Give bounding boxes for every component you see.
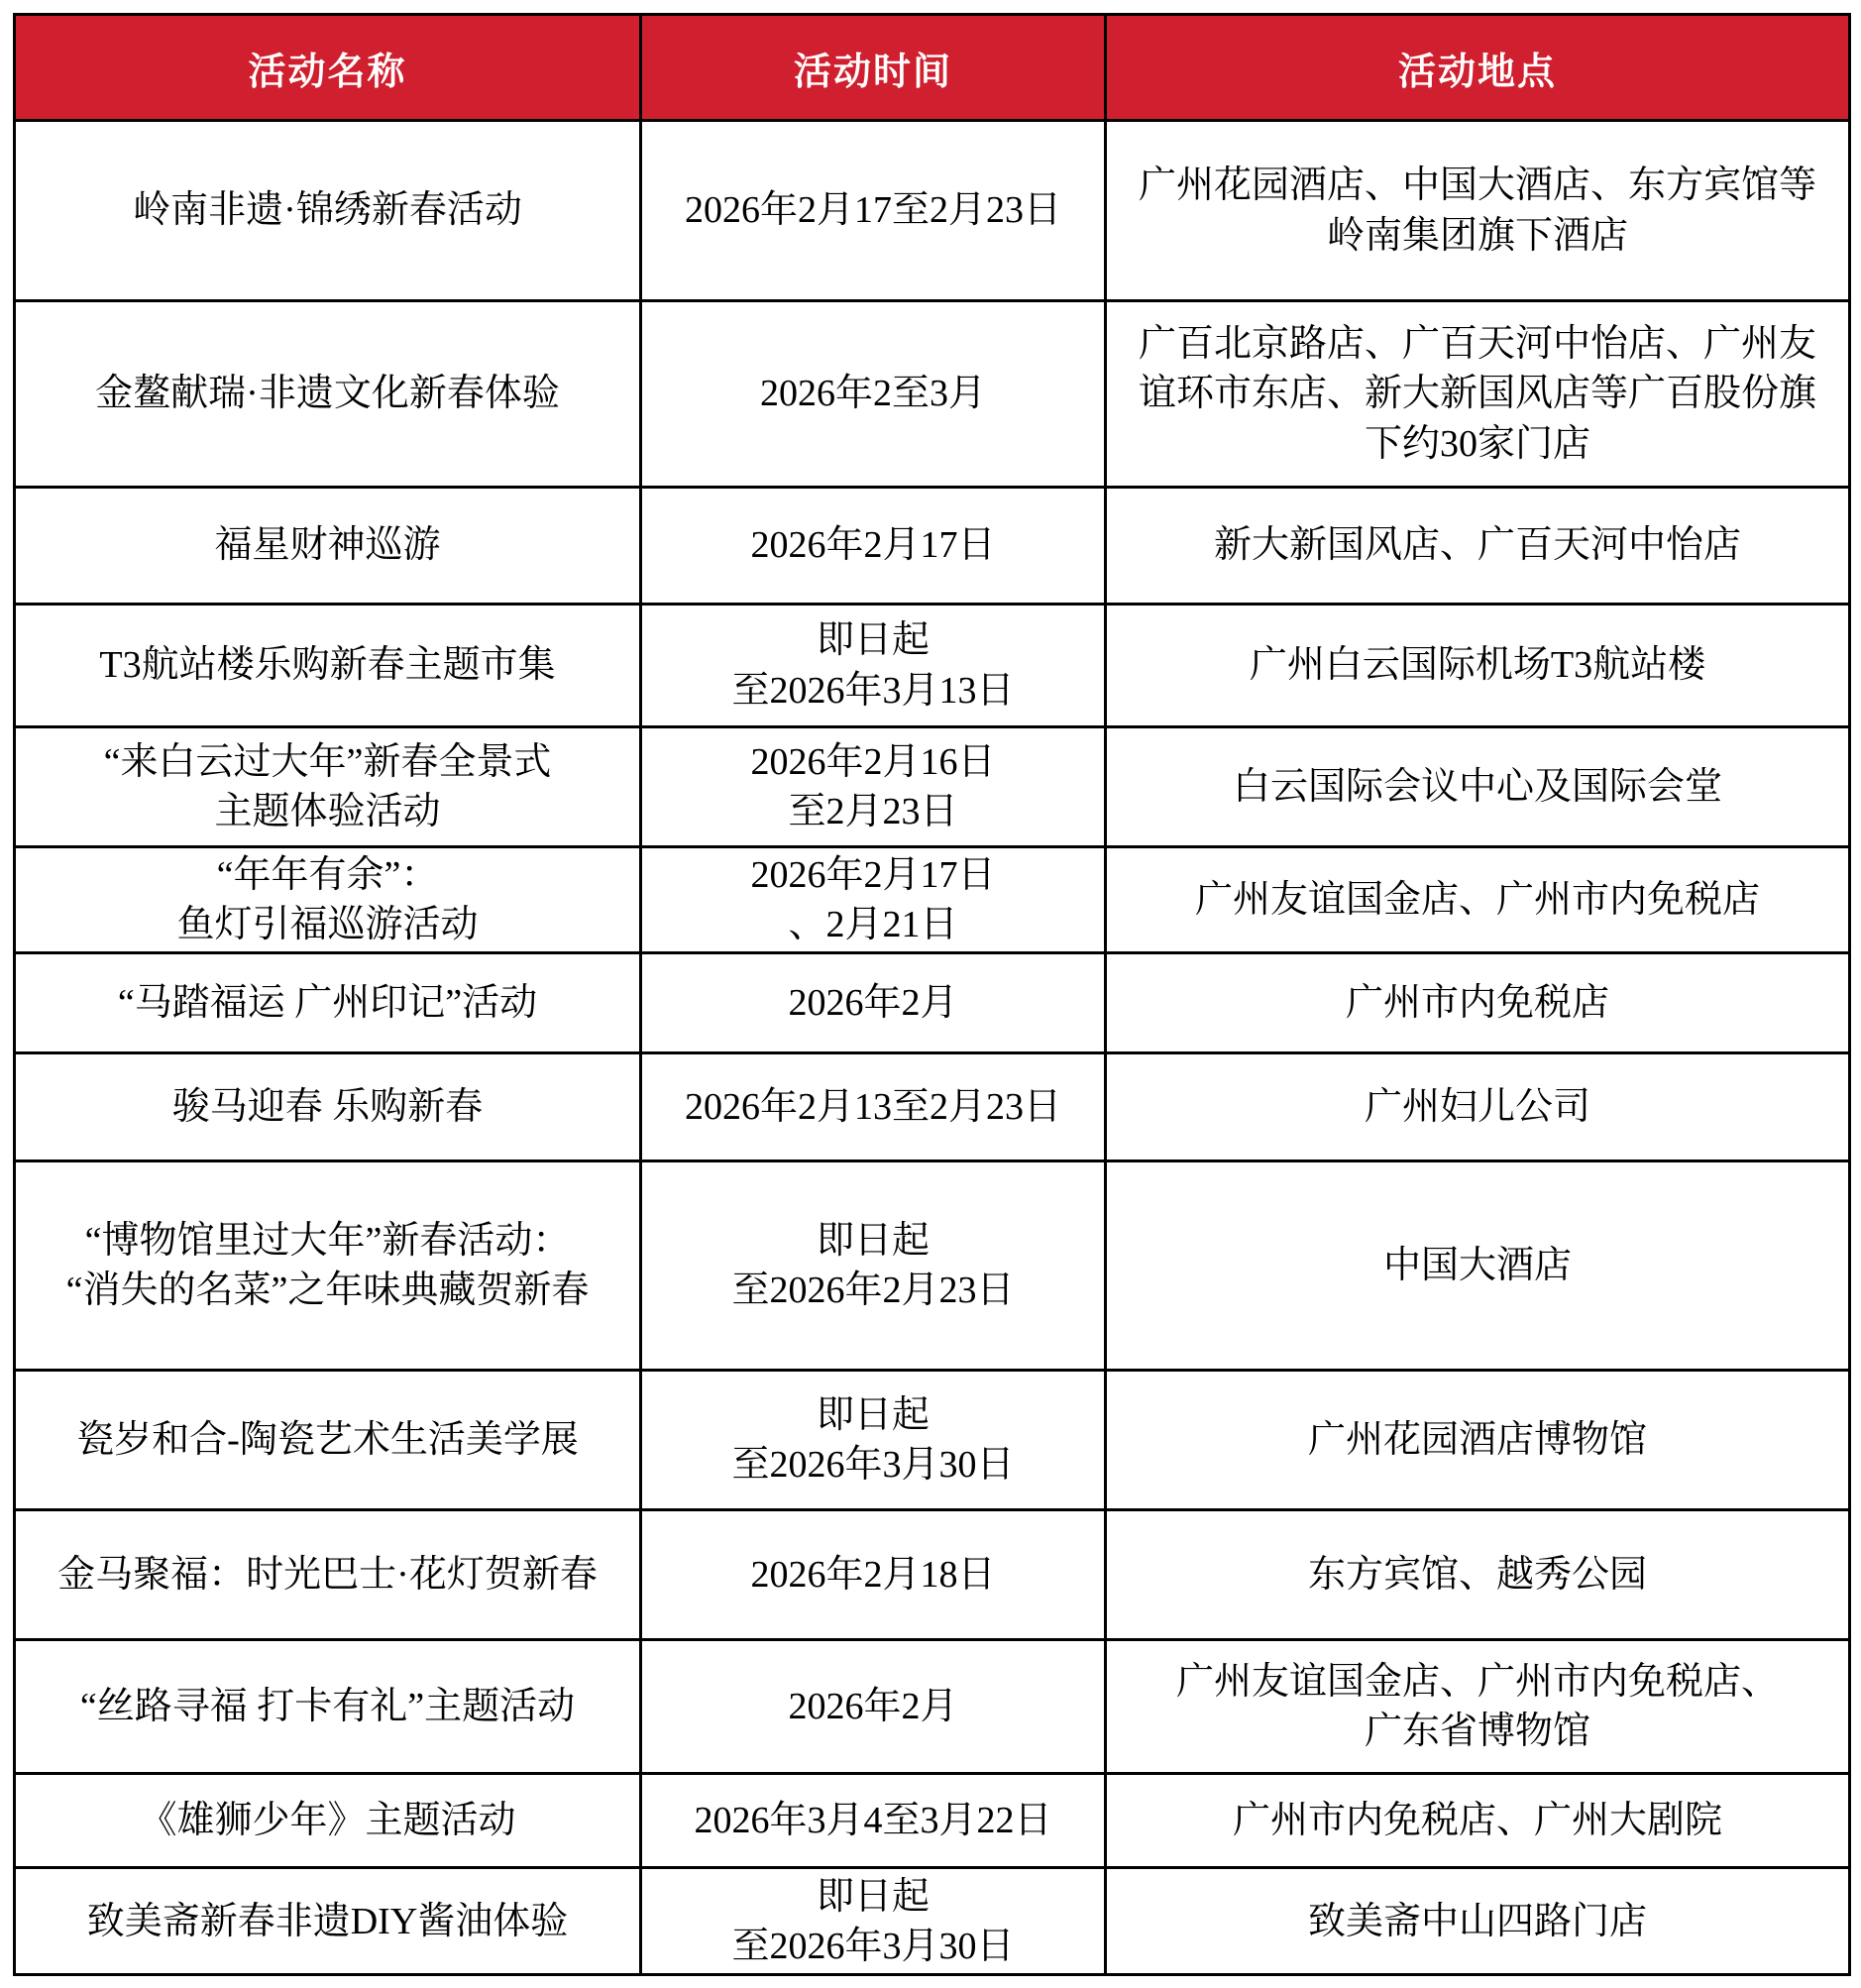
cell-activity-name: “年年有余”： 鱼灯引福巡游活动	[15, 847, 641, 953]
cell-activity-time: 2026年2月	[641, 1640, 1106, 1774]
cell-activity-location: 广州友谊国金店、广州市内免税店	[1106, 847, 1850, 953]
cell-activity-name: “马踏福运 广州印记”活动	[15, 953, 641, 1053]
cell-activity-time: 即日起 至2026年3月13日	[641, 605, 1106, 727]
header-activity-location: 活动地点	[1106, 15, 1850, 121]
table-row: “来白云过大年”新春全景式 主题体验活动2026年2月16日 至2月23日白云国…	[15, 727, 1850, 847]
cell-activity-location: 广州花园酒店、中国大酒店、东方宾馆等 岭南集团旗下酒店	[1106, 121, 1850, 301]
cell-activity-location: 广州市内免税店	[1106, 953, 1850, 1053]
cell-activity-time: 2026年3月4至3月22日	[641, 1774, 1106, 1868]
cell-activity-time: 2026年2月	[641, 953, 1106, 1053]
cell-activity-name: 《雄狮少年》主题活动	[15, 1774, 641, 1868]
cell-activity-name: “博物馆里过大年”新春活动： “消失的名菜”之年味典藏贺新春	[15, 1161, 641, 1371]
cell-activity-location: 致美斋中山四路门店	[1106, 1868, 1850, 1975]
cell-activity-location: 广州妇儿公司	[1106, 1053, 1850, 1161]
cell-activity-name: 瓷岁和合-陶瓷艺术生活美学展	[15, 1371, 641, 1510]
header-activity-name: 活动名称	[15, 15, 641, 121]
header-row: 活动名称 活动时间 活动地点	[15, 15, 1850, 121]
cell-activity-location: 东方宾馆、越秀公园	[1106, 1510, 1850, 1640]
table-row: T3航站楼乐购新春主题市集即日起 至2026年3月13日广州白云国际机场T3航站…	[15, 605, 1850, 727]
cell-activity-location: 白云国际会议中心及国际会堂	[1106, 727, 1850, 847]
header-activity-time: 活动时间	[641, 15, 1106, 121]
cell-activity-time: 2026年2月17日 、2月21日	[641, 847, 1106, 953]
table-row: “博物馆里过大年”新春活动： “消失的名菜”之年味典藏贺新春即日起 至2026年…	[15, 1161, 1850, 1371]
cell-activity-name: 岭南非遗·锦绣新春活动	[15, 121, 641, 301]
cell-activity-name: T3航站楼乐购新春主题市集	[15, 605, 641, 727]
table-row: 金鳌献瑞·非遗文化新春体验2026年2至3月广百北京路店、广百天河中怡店、广州友…	[15, 301, 1850, 488]
table-row: 岭南非遗·锦绣新春活动2026年2月17至2月23日广州花园酒店、中国大酒店、东…	[15, 121, 1850, 301]
cell-activity-name: “丝路寻福 打卡有礼”主题活动	[15, 1640, 641, 1774]
cell-activity-location: 广州友谊国金店、广州市内免税店、 广东省博物馆	[1106, 1640, 1850, 1774]
cell-activity-time: 即日起 至2026年3月30日	[641, 1371, 1106, 1510]
cell-activity-time: 2026年2月18日	[641, 1510, 1106, 1640]
table-body: 岭南非遗·锦绣新春活动2026年2月17至2月23日广州花园酒店、中国大酒店、东…	[15, 121, 1850, 1975]
cell-activity-time: 2026年2月16日 至2月23日	[641, 727, 1106, 847]
cell-activity-name: 致美斋新春非遗DIY酱油体验	[15, 1868, 641, 1975]
cell-activity-time: 2026年2月17至2月23日	[641, 121, 1106, 301]
event-table: 活动名称 活动时间 活动地点 岭南非遗·锦绣新春活动2026年2月17至2月23…	[13, 13, 1851, 1976]
table-row: 福星财神巡游2026年2月17日新大新国风店、广百天河中怡店	[15, 488, 1850, 605]
cell-activity-name: 骏马迎春 乐购新春	[15, 1053, 641, 1161]
cell-activity-location: 广州市内免税店、广州大剧院	[1106, 1774, 1850, 1868]
cell-activity-time: 即日起 至2026年2月23日	[641, 1161, 1106, 1371]
cell-activity-name: “来白云过大年”新春全景式 主题体验活动	[15, 727, 641, 847]
cell-activity-name: 金马聚福：时光巴士·花灯贺新春	[15, 1510, 641, 1640]
table-row: 瓷岁和合-陶瓷艺术生活美学展即日起 至2026年3月30日广州花园酒店博物馆	[15, 1371, 1850, 1510]
table-row: 《雄狮少年》主题活动2026年3月4至3月22日广州市内免税店、广州大剧院	[15, 1774, 1850, 1868]
cell-activity-location: 新大新国风店、广百天河中怡店	[1106, 488, 1850, 605]
table-row: 致美斋新春非遗DIY酱油体验即日起 至2026年3月30日致美斋中山四路门店	[15, 1868, 1850, 1975]
cell-activity-location: 广百北京路店、广百天河中怡店、广州友 谊环市东店、新大新国风店等广百股份旗 下约…	[1106, 301, 1850, 488]
cell-activity-time: 即日起 至2026年3月30日	[641, 1868, 1106, 1975]
event-schedule-page: 活动名称 活动时间 活动地点 岭南非遗·锦绣新春活动2026年2月17至2月23…	[0, 0, 1861, 1988]
cell-activity-location: 广州花园酒店博物馆	[1106, 1371, 1850, 1510]
cell-activity-time: 2026年2月13至2月23日	[641, 1053, 1106, 1161]
table-row: “年年有余”： 鱼灯引福巡游活动2026年2月17日 、2月21日广州友谊国金店…	[15, 847, 1850, 953]
cell-activity-name: 金鳌献瑞·非遗文化新春体验	[15, 301, 641, 488]
table-row: “丝路寻福 打卡有礼”主题活动2026年2月广州友谊国金店、广州市内免税店、 广…	[15, 1640, 1850, 1774]
table-row: “马踏福运 广州印记”活动2026年2月广州市内免税店	[15, 953, 1850, 1053]
table-row: 骏马迎春 乐购新春2026年2月13至2月23日广州妇儿公司	[15, 1053, 1850, 1161]
table-row: 金马聚福：时光巴士·花灯贺新春2026年2月18日东方宾馆、越秀公园	[15, 1510, 1850, 1640]
cell-activity-location: 广州白云国际机场T3航站楼	[1106, 605, 1850, 727]
cell-activity-time: 2026年2月17日	[641, 488, 1106, 605]
cell-activity-location: 中国大酒店	[1106, 1161, 1850, 1371]
cell-activity-time: 2026年2至3月	[641, 301, 1106, 488]
cell-activity-name: 福星财神巡游	[15, 488, 641, 605]
